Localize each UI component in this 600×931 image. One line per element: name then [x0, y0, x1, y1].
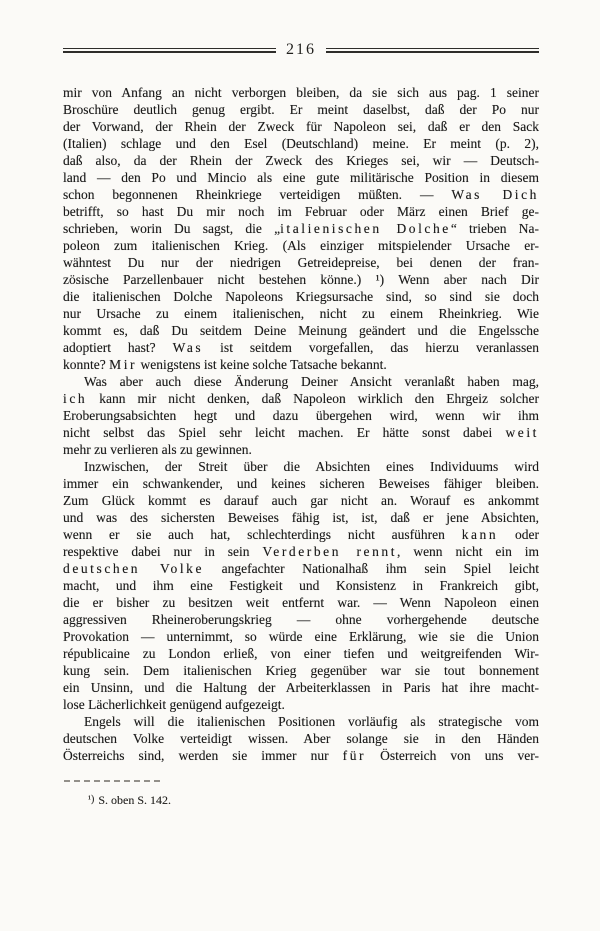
text-line: Was aber auch diese Änderung Deiner Ansi… [63, 373, 539, 390]
footnote: ¹)S. oben S. 142. [63, 793, 539, 808]
text-line: Eroberungsabsichten hegt und dazu überge… [63, 407, 539, 424]
text-line: lose Lächerlichkeit genügend aufgezeigt. [63, 696, 539, 713]
book-page: 216 mir von Anfang an nicht verborgen bl… [0, 0, 600, 931]
text-line: adoptiert hast? Was ist seitdem vorgefal… [63, 339, 539, 356]
text-line: (Italien) schlage und den Esel (Deutschl… [63, 135, 539, 152]
body-text: mir von Anfang an nicht verborgen bleibe… [63, 84, 539, 764]
header-rule-right [326, 48, 539, 53]
footnote-separator [64, 780, 160, 782]
footnote-marker: ¹) [88, 794, 94, 805]
text-line: konnte? Mir wenigstens ist keine solche … [63, 356, 539, 373]
text-line: land — den Po und Mincio als eine gute m… [63, 169, 539, 186]
text-line: Engels will die italienischen Positionen… [63, 713, 539, 730]
text-line: macht, und ihm eine Festigkeit und Konsi… [63, 577, 539, 594]
text-line: daß also, da der Rhein der Zweck des Kri… [63, 152, 539, 169]
text-line: und was des sichersten Beweises fähig is… [63, 509, 539, 526]
text-line: kommt es, daß Du seitdem Deine Meinung g… [63, 322, 539, 339]
text-line: kung sein. Dem italienischen Krieg gegen… [63, 662, 539, 679]
text-line: Zum Glück kommt es darauf auch gar nicht… [63, 492, 539, 509]
text-line: respektive dabei nur in sein Verderben r… [63, 543, 539, 560]
text-line: aggressiven Rheineroberungskrieg — ohne … [63, 611, 539, 628]
text-line: républicaine zu London erließ, von einer… [63, 645, 539, 662]
header-rule-left [63, 48, 276, 53]
text-line: Inzwischen, der Streit über die Absichte… [63, 458, 539, 475]
text-line: mehr zu verlieren als zu gewinnen. [63, 441, 539, 458]
text-line: wenn er sie auch hat, schlechterdings ni… [63, 526, 539, 543]
footnote-text: S. oben S. 142. [98, 793, 171, 807]
page-number: 216 [276, 42, 326, 58]
text-line: poleon zum italienischen Krieg. (Als ein… [63, 237, 539, 254]
text-line: schrieben, worin Du sagst, die „italieni… [63, 220, 539, 237]
text-line: der Vorwand, der Rhein der Zweck für Nap… [63, 118, 539, 135]
text-line: Provokation — unternimmt, so würde eine … [63, 628, 539, 645]
text-line: zösische Parzellenbauer nicht bestehen k… [63, 271, 539, 288]
text-line: die er bisher zu besitzen weit entfernt … [63, 594, 539, 611]
text-line: nicht selbst das Spiel sehr leicht mache… [63, 424, 539, 441]
text-line: betrifft, so hast Du mir noch im Februar… [63, 203, 539, 220]
text-line: deutschen Volke verteidigt wissen. Aber … [63, 730, 539, 747]
text-line: ich kann mir nicht denken, daß Napoleon … [63, 390, 539, 407]
text-line: wähntest Du nur der niedrigen Getreidepr… [63, 254, 539, 271]
text-line: mir von Anfang an nicht verborgen bleibe… [63, 84, 539, 101]
text-line: deutschen Volke angefachter Nationalhaß … [63, 560, 539, 577]
text-line: nur Ursache zu einem italienischen, nich… [63, 305, 539, 322]
text-line: schon begonnenen Rheinkriege verteidigen… [63, 186, 539, 203]
text-line: ein Unsinn, und die Haltung der Arbeiter… [63, 679, 539, 696]
text-line: die italienischen Dolche Napoleons Krieg… [63, 288, 539, 305]
text-line: Broschüre deutlich genug ergibt. Er mein… [63, 101, 539, 118]
running-head: 216 [63, 42, 539, 58]
text-line: Österreichs sind, werden sie immer nur f… [63, 747, 539, 764]
text-line: immer ein schwankender, und keines siche… [63, 475, 539, 492]
